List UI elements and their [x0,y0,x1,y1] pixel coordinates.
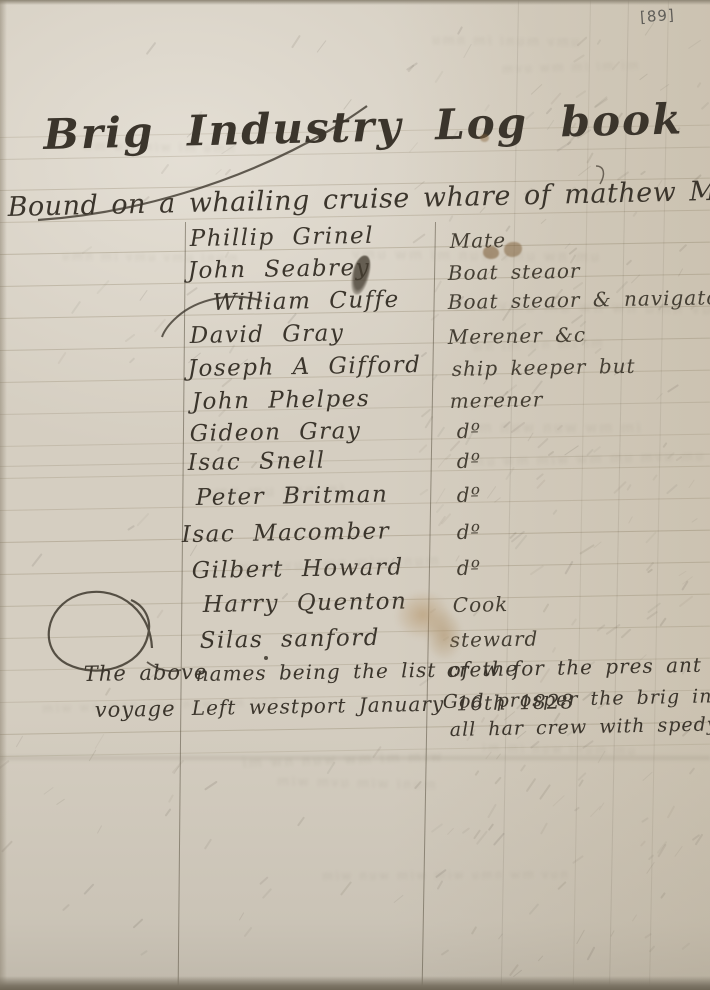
closing-left-line1: The above [84,660,208,686]
crew-role: dº [457,419,482,443]
column-rule [649,0,669,990]
column-rule [178,222,187,990]
bleedthrough-stroke [660,84,670,91]
bleedthrough-stroke [457,26,463,35]
bleedthrough-stroke [577,36,588,46]
bleedthrough-stroke [125,334,136,343]
bleedthrough-stroke [520,764,526,772]
bleedthrough-stroke [527,432,533,441]
bleedthrough-stroke [487,804,497,819]
crew-name: Peter Britman [196,482,389,511]
bleedthrough-stroke [564,561,573,575]
bleedthrough-stroke [678,268,683,276]
page-top-edge [0,0,710,5]
bleedthrough-stroke [543,603,550,613]
crew-role: Boat steaor [448,259,581,285]
bleedthrough-stroke [646,611,658,620]
bleedthrough-stroke [590,806,601,818]
bleedthrough-stroke [632,211,637,217]
bleedthrough-stroke [641,817,649,823]
bleedthrough-stroke [640,170,646,175]
bleedthrough-text: um uvm um mw wim mw um [470,449,704,470]
bleedthrough-stroke [494,776,501,784]
bleedthrough-stroke [430,313,439,321]
bleedthrough-stroke [434,280,442,292]
bleedthrough-stroke [631,274,640,283]
bleedthrough-stroke [244,927,253,938]
bleedthrough-stroke [652,474,657,481]
bleedthrough-stroke [557,425,563,431]
bleedthrough-stroke [540,822,548,834]
bleedthrough-stroke [154,318,166,332]
bleedthrough-stroke [431,823,443,833]
bleedthrough-stroke [43,787,53,795]
crew-role: Mate [450,228,507,253]
crew-name: William Cuffe [213,287,400,316]
bleedthrough-stroke [645,531,657,543]
bleedthrough-stroke [127,525,135,531]
bleedthrough-stroke [587,946,596,960]
bleedthrough-stroke [578,779,584,787]
bleedthrough-stroke [448,215,453,222]
ruled-line [0,454,710,467]
bleedthrough-stroke [679,244,688,252]
oval-flourish [49,592,152,671]
bleedthrough-stroke [647,602,661,614]
bleedthrough-stroke [434,70,444,83]
bleedthrough-text: muni wim uvm wim [275,774,436,793]
bleedthrough-stroke [509,532,517,540]
column-rule [501,0,520,990]
bleedthrough-stroke [593,541,602,548]
bleedthrough-stroke [667,805,676,818]
bleedthrough-stroke [62,904,70,912]
bleedthrough-stroke [97,825,102,833]
bleedthrough-stroke [444,453,451,460]
bleedthrough-stroke [647,568,653,573]
closing-right-line1: crew for the pres ant [446,653,702,682]
bleedthrough-stroke [146,42,157,55]
bleedthrough-stroke [494,497,501,503]
ruled-line [0,466,710,479]
bleedthrough-stroke [606,624,621,636]
bleedthrough-stroke [593,446,601,453]
bleedthrough-stroke [538,955,544,961]
bleedthrough-stroke [697,82,702,88]
column-rule [609,0,629,990]
column-rule [573,0,592,990]
bleedthrough-stroke [536,479,545,489]
bleedthrough-stroke [678,571,686,577]
bleedthrough-stroke [436,504,445,514]
bleedthrough-stroke [578,166,591,177]
bleedthrough-stroke [688,479,695,488]
bleedthrough-stroke [476,830,488,844]
bleedthrough-stroke [675,456,682,461]
bleedthrough-stroke [473,829,481,839]
bleedthrough-stroke [204,839,212,850]
crew-name: Gilbert Howard [192,554,404,584]
bleedthrough-stroke [648,854,655,861]
bleedthrough-stroke [487,486,497,499]
bleedthrough-stroke [568,247,577,255]
page-title: Brig Industry Log book [43,94,684,159]
bleedthrough-stroke [613,481,627,494]
bleedthrough-stroke [488,823,494,830]
bleedthrough-stroke [564,445,579,455]
bleedthrough-text: im mw wun wun mi [470,420,641,436]
bleedthrough-stroke [173,765,180,774]
bleedthrough-stroke [557,881,566,890]
bleedthrough-stroke [471,926,478,935]
column-rule [422,222,437,990]
bleedthrough-stroke [437,880,444,890]
bleedthrough-stroke [662,442,667,448]
bleedthrough-stroke [259,876,268,885]
bleedthrough-stroke [574,807,580,812]
bleedthrough-stroke [626,484,632,491]
page-subtitle: Bound on a whailing cruise whare of math… [7,172,710,223]
closing-left-line2: voyage [95,697,176,722]
bleedthrough-stroke [586,449,594,457]
bleedthrough-stroke [437,426,446,437]
bleedthrough-stroke [509,964,519,976]
bleedthrough-stroke [679,595,694,607]
bleedthrough-stroke [515,534,528,549]
bleedthrough-stroke [597,39,602,45]
bleedthrough-stroke [539,784,551,800]
bleedthrough-stroke [640,840,646,846]
crew-role: Cook [453,592,509,617]
pencil-page-number: [89] [639,6,675,26]
bleedthrough-stroke [579,544,595,555]
bleedthrough-stroke [447,828,454,835]
bleedthrough-stroke [689,767,695,774]
bleedthrough-text: umv muni im nmu [430,33,579,50]
bleedthrough-stroke [626,259,632,265]
bleedthrough-stroke [462,827,470,834]
crew-name: Gideon Gray [190,418,362,447]
bleedthrough-stroke [394,895,404,903]
bleedthrough-stroke [432,374,438,381]
bleedthrough-stroke [536,473,544,480]
bleedthrough-stroke [681,942,690,949]
bleedthrough-stroke [297,816,305,826]
bleedthrough-stroke [594,348,602,355]
crew-role: dº [457,449,482,473]
bleedthrough-stroke [225,168,232,175]
bleedthrough-stroke [421,408,431,417]
bleedthrough-stroke [621,628,632,638]
bleedthrough-stroke [612,61,621,70]
page-bottom-edge [0,976,710,990]
bleedthrough-stroke [537,438,548,449]
bleedthrough-stroke [438,516,446,527]
bleedthrough-stroke [552,509,557,515]
crew-name: Harry Quenton [203,588,408,618]
bleedthrough-stroke [674,846,683,857]
bleedthrough-stroke [215,169,222,175]
ink-dot [264,656,268,660]
bleedthrough-stroke [646,562,655,572]
bleedthrough-stroke [529,903,539,915]
crew-name: Isac Snell [188,448,326,476]
bleedthrough-stroke [564,243,570,250]
bleedthrough-stroke [56,799,65,806]
bleedthrough-stroke [657,841,668,854]
bleedthrough-stroke [666,484,678,494]
bleedthrough-stroke [81,246,92,254]
crew-name: John Phelpes [192,386,371,415]
bleedthrough-stroke [688,40,701,49]
bleedthrough-stroke [412,233,425,244]
bleedthrough-stroke [656,393,663,400]
bleedthrough-text: mi mi im mw uvm [500,58,639,76]
crew-role: ship keeper but [452,354,636,381]
bleedthrough-stroke [577,772,586,781]
crew-role: dº [457,483,482,507]
bleedthrough-stroke [418,444,427,453]
bleedthrough-stroke [168,794,174,803]
bleedthrough-stroke [552,647,557,653]
bleedthrough-stroke [505,225,510,232]
bleedthrough-stroke [463,44,472,59]
crew-role: dº [457,556,482,580]
bleedthrough-stroke [441,513,452,525]
crew-role: Boat steaor & navigator [448,285,710,314]
bleedthrough-stroke [571,618,577,626]
bleedthrough-stroke [317,40,327,53]
bleedthrough-stroke [660,892,666,899]
bleedthrough-text: nuv mw nmu wim wim wun wim [320,867,568,883]
bleedthrough-stroke [407,64,414,72]
bleedthrough-stroke [419,488,428,495]
bleedthrough-stroke [646,862,655,874]
bleedthrough-stroke [133,918,144,928]
crew-role: merener [450,387,544,413]
bleedthrough-stroke [659,617,666,626]
bleedthrough-stroke [498,933,503,939]
bleedthrough-stroke [136,513,149,527]
crew-role: Merener &c [448,323,587,349]
bleedthrough-stroke [414,781,422,790]
bleedthrough-stroke [628,516,633,524]
bleedthrough-stroke [493,832,505,845]
bleedthrough-stroke [406,62,418,71]
bleedthrough-stroke [442,636,449,641]
bleedthrough-stroke [573,54,585,63]
bleedthrough-stroke [474,770,479,776]
bleedthrough-stroke [596,624,605,632]
bleedthrough-stroke [644,933,652,939]
bleedthrough-stroke [57,352,66,365]
bleedthrough-stroke [639,73,648,80]
bleedthrough-stroke [204,781,217,791]
bleedthrough-stroke [503,421,511,428]
crew-name: Phillip Grinel [190,223,375,252]
bleedthrough-stroke [438,459,446,468]
bleedthrough-stroke [511,530,525,542]
bleedthrough-stroke [692,834,700,841]
bleedthrough-stroke [326,761,335,774]
bleedthrough-stroke [31,553,42,567]
bleedthrough-stroke [695,834,703,846]
bleedthrough-stroke [239,912,245,920]
paper-crease [0,754,710,762]
bleedthrough-stroke [632,914,637,921]
page-left-edge [0,0,7,990]
bleedthrough-stroke [156,609,163,618]
bleedthrough-stroke [552,795,565,807]
crew-name: Isac Macomber [182,518,391,548]
bleedthrough-stroke [701,102,710,110]
bleedthrough-stroke [541,219,547,225]
closing-right-line2: God prosper the brig industry and [443,683,710,713]
bleedthrough-stroke [16,736,24,748]
bleedthrough-stroke [531,84,543,95]
bleedthrough-stroke [657,844,666,858]
bleedthrough-stroke [576,930,585,945]
bleedthrough-stroke [667,384,679,393]
bleedthrough-stroke [435,869,447,878]
bleedthrough-stroke [505,467,515,481]
bleedthrough-stroke [441,949,450,956]
bleedthrough-stroke [340,881,352,896]
bleedthrough-stroke [548,451,555,457]
crew-name: David Gray [190,320,345,349]
bleedthrough-stroke [667,452,675,459]
bleedthrough-stroke [161,164,170,175]
bleedthrough-stroke [642,772,653,782]
bleedthrough-stroke [530,740,540,748]
bleedthrough-stroke [129,357,135,363]
bleedthrough-stroke [649,945,656,952]
ruled-line [0,338,710,351]
bleedthrough-stroke [682,576,693,585]
bleedthrough-stroke [424,416,433,429]
bleedthrough-stroke [262,888,272,899]
crew-name: Silas sanford [200,625,381,654]
bleedthrough-stroke [429,608,436,613]
bleedthrough-stroke [83,883,94,894]
bleedthrough-stroke [291,35,301,48]
subtitle-text: Bound on a whailing cruise whare of math… [7,174,710,223]
bleedthrough-stroke [691,518,698,523]
bleedthrough-stroke [572,855,584,864]
bleedthrough-stroke [526,778,536,792]
bleedthrough-stroke [95,734,105,749]
bleedthrough-stroke [71,301,81,314]
crew-name: Joseph A Gifford [188,352,422,382]
crew-role: dº [457,520,482,544]
closing-right-line3: all har crew with spedy return &c [450,711,710,741]
bleedthrough-stroke [96,280,109,295]
bleedthrough-stroke [530,565,544,575]
bleedthrough-stroke [599,802,605,810]
manuscript-page: umv muni im nmuum nw umv wun mi mw umvnu… [0,0,710,990]
brown-stain [504,242,522,257]
bleedthrough-stroke [582,740,594,749]
bleedthrough-stroke [105,687,111,695]
bleedthrough-stroke [681,580,688,590]
bleedthrough-stroke [610,930,614,937]
bleedthrough-stroke [586,152,593,163]
bleedthrough-stroke [511,422,526,434]
crew-name: John Seabrey [188,255,371,284]
bleedthrough-stroke [435,488,445,504]
bleedthrough-stroke [139,290,148,301]
crew-role: steward [450,626,539,652]
bleedthrough-stroke [165,808,172,817]
bleedthrough-stroke [140,950,148,956]
bleedthrough-stroke [186,287,198,296]
